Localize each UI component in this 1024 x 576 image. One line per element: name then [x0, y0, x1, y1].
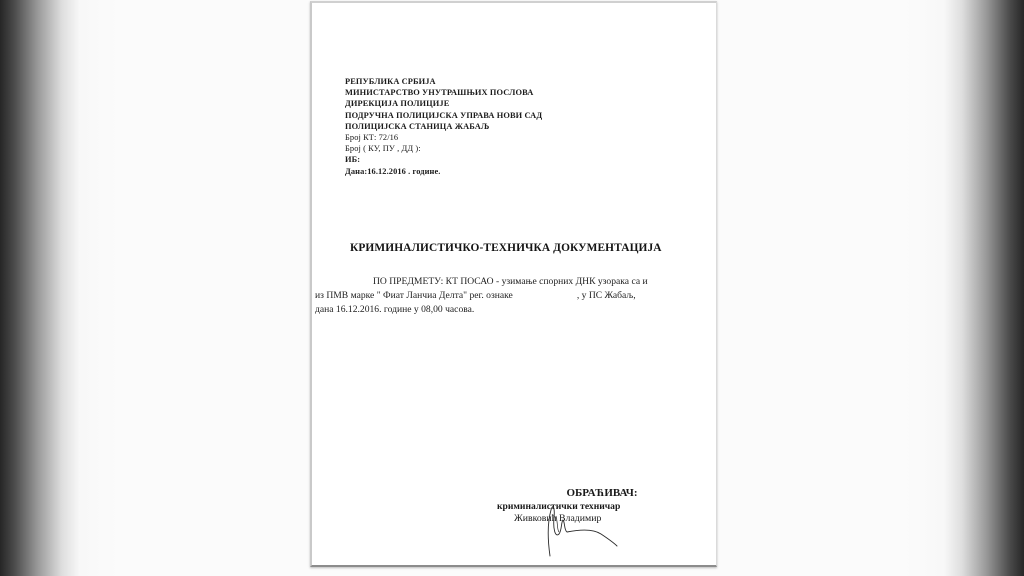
- subject-line-3: дана 16.12.2016. године у 08,00 часова.: [315, 303, 711, 317]
- header-line-ministry: МИНИСТАРСТВО УНУТРАШЊИХ ПОСЛОВА: [345, 87, 542, 98]
- header-line-date: Дана:16.12.2016 . године.: [345, 166, 542, 177]
- header-line-directorate: ДИРЕКЦИЈА ПОЛИЦИЈЕ: [345, 98, 542, 109]
- header-line-regional-administration: ПОДРУЧНА ПОЛИЦИЈСКА УПРАВА НОВИ САД: [345, 110, 542, 121]
- subject-line-2-end: , у ПС Жабаљ,: [577, 290, 636, 301]
- header-line-ib: ИБ:: [345, 154, 542, 165]
- processor-name: Живковић Владимир: [492, 513, 692, 525]
- header-line-republic: РЕПУБЛИКА СРБИЈА: [345, 76, 542, 87]
- document-page: РЕПУБЛИКА СРБИЈА МИНИСТАРСТВО УНУТРАШЊИХ…: [310, 1, 717, 567]
- header-line-kt-number: Број КТ: 72/16: [345, 132, 542, 143]
- header-line-police-station: ПОЛИЦИЈСКА СТАНИЦА ЖАБАЉ: [345, 121, 542, 132]
- signature-block: ОБРАЋИВАЧ: криминалистички техничар Живк…: [492, 486, 692, 525]
- header-line-case-number: Број ( КУ, ПУ , ДД ):: [345, 143, 542, 154]
- subject-line-2: из ПМВ марке " Фиат Ланчиа Делта" рег. о…: [315, 289, 711, 303]
- document-subject-paragraph: ПО ПРЕДМЕТУ: КТ ПОСАО - узимање спорних …: [315, 275, 711, 318]
- document-title: КРИМИНАЛИСТИЧКО-ТЕХНИЧКА ДОКУМЕНТАЦИЈА: [350, 242, 662, 254]
- processor-label: ОБРАЋИВАЧ:: [492, 486, 692, 500]
- subject-line-1: ПО ПРЕДМЕТУ: КТ ПОСАО - узимање спорних …: [315, 275, 711, 289]
- processor-role: криминалистички техничар: [492, 500, 692, 513]
- subject-line-2-start: из ПМВ марке " Фиат Ланчиа Делта" рег. о…: [315, 290, 513, 301]
- document-header: РЕПУБЛИКА СРБИЈА МИНИСТАРСТВО УНУТРАШЊИХ…: [345, 76, 542, 177]
